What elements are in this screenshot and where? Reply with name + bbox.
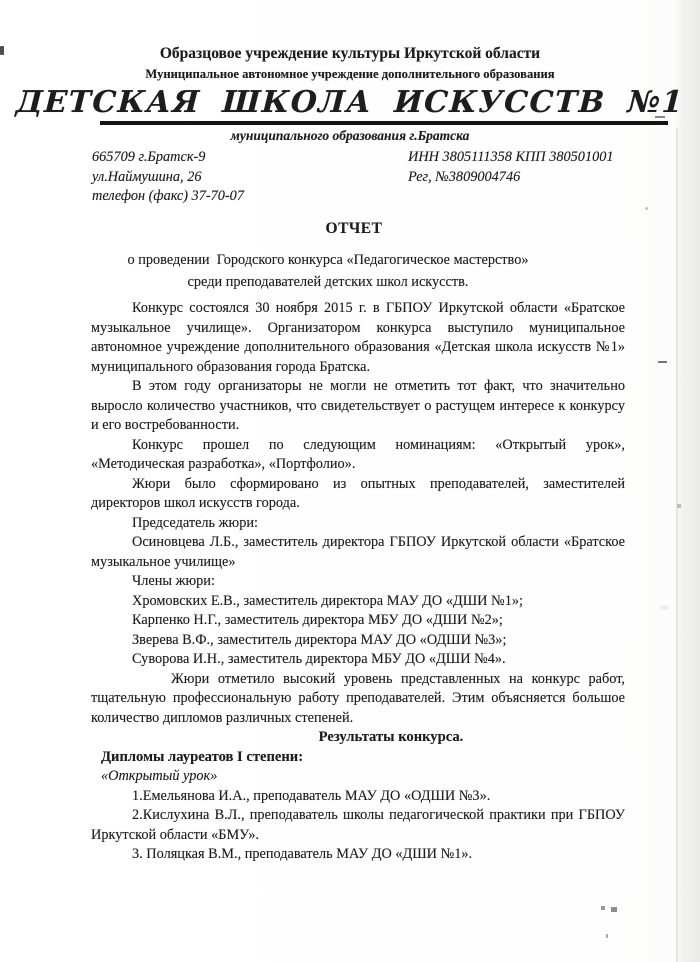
- winner-item: 2.Кислухина В.Л., преподаватель школы пе…: [91, 806, 625, 845]
- jury-members-label: Члены жюри:: [91, 572, 625, 592]
- school-name-title: ДЕТСКАЯ ШКОЛА ИСКУССТВ №1: [0, 86, 700, 119]
- letterhead-info-row: 665709 г.Братск-9 ул.Наймушина, 26 телеф…: [0, 148, 700, 210]
- report-title: ОТЧЕТ: [4, 219, 700, 238]
- jury-chair-label: Председатель жюри:: [91, 514, 625, 534]
- inn-kpp-line: ИНН 3805111358 КПП 380501001: [408, 148, 614, 168]
- municipality-line: муниципального образования г.Братска: [0, 127, 700, 144]
- paragraph-nominations: Конкурс прошел по следующим номинациям: …: [91, 436, 625, 475]
- org-subtype-line: Муниципальное автономное учреждение допо…: [0, 67, 700, 82]
- jury-member: Хромовских Е.В., заместитель директора М…: [91, 592, 625, 612]
- paragraph-jury-formed: Жюри было сформировано из опытных препод…: [91, 475, 625, 514]
- report-body: Конкурс состоялся 30 ноября 2015 г. в ГБ…: [0, 299, 700, 865]
- jury-member: Суворова И.Н., заместитель директора МБУ…: [91, 650, 625, 670]
- document-page: Образцовое учреждение культуры Иркутской…: [0, 0, 700, 962]
- jury-chair: Осиновцева Л.Б., заместитель директора Г…: [91, 533, 625, 572]
- paragraph-participants: В этом году организаторы не могли не отм…: [91, 377, 625, 436]
- org-type-line: Образцовое учреждение культуры Иркутской…: [0, 44, 700, 63]
- jury-member: Зверева В.Ф., заместитель директора МАУ …: [91, 631, 625, 651]
- address-line: телефон (факс) 37-70-07: [92, 187, 700, 207]
- results-title: Результаты конкурса.: [124, 728, 658, 748]
- report-subtitle-line2: среди преподавателей детских школ искусс…: [0, 273, 678, 293]
- winner-item: 3. Поляцкая В.М., преподаватель МАУ ДО «…: [91, 845, 625, 865]
- reg-number-line: Рег, №3809004746: [408, 168, 614, 188]
- nomination-heading: «Открытый урок»: [91, 767, 625, 787]
- winner-item: 1.Емельянова И.А., преподаватель МАУ ДО …: [91, 787, 625, 807]
- letterhead-rule: [100, 121, 668, 125]
- scan-speck: [601, 906, 605, 910]
- paragraph-jury-conclusion: Жюри отметило высокий уровень представле…: [91, 670, 625, 729]
- scan-speck: [611, 907, 617, 912]
- requisites-block: ИНН 3805111358 КПП 380501001 Рег, №38090…: [408, 148, 614, 187]
- report-subtitle-line1: о проведении Городского конкурса «Педаго…: [0, 251, 678, 271]
- scan-speck: [606, 934, 608, 938]
- jury-member: Карпенко Н.Г., заместитель директора МБУ…: [91, 611, 625, 631]
- diploma-section-heading: Дипломы лауреатов I степени:: [91, 748, 625, 768]
- paragraph-event: Конкурс состоялся 30 ноября 2015 г. в ГБ…: [91, 299, 625, 377]
